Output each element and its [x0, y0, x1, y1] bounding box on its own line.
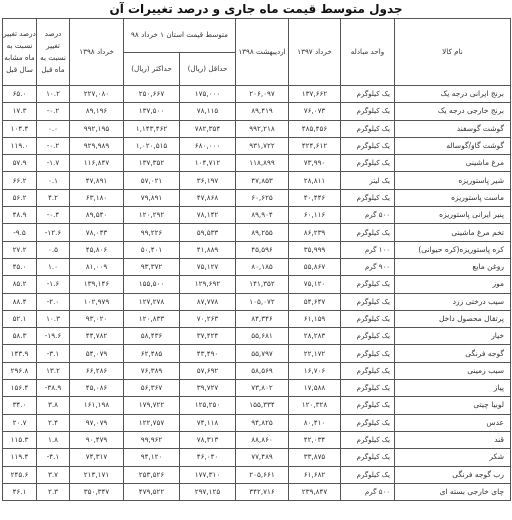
khordad-1397-cell: ۴۰,۴۴۶ — [289, 189, 341, 206]
ordibehesht-1398-cell: ۸۹,۴۱۹ — [236, 103, 289, 120]
khordad-1398-cell: ۳۵۰,۳۴۷ — [70, 483, 124, 500]
max-cell: ۱,۱۴۳,۴۶۲ — [124, 120, 180, 137]
max-cell: ۷۶,۳۸۹ — [124, 362, 180, 379]
khordad-1397-cell: ۱۲۰,۳۲۸ — [289, 397, 341, 414]
unit-cell: یک کیلوگرم — [341, 362, 395, 379]
khordad-1397-cell: ۱۷,۵۸۸ — [289, 380, 341, 397]
khordad-1398-cell: ۴۵,۸۰۶ — [70, 241, 124, 258]
max-cell: ۹۴,۱۲۰ — [124, 449, 180, 466]
unit-cell: یک کیلوگرم — [341, 224, 395, 241]
table-row: پیازیک کیلوگرم۱۷,۵۸۸۷۳,۸۰۲۳۹,۷۲۷۵۶,۳۶۷۴۵… — [3, 380, 511, 397]
table-row: کره پاستوریزه(کره حیوانی)۱۰۰ گرم۳۵,۹۹۹۴۵… — [3, 241, 511, 258]
max-cell: ۹۳,۳۷۲ — [124, 258, 180, 275]
table-row: گوشت گاو/گوسالهیک کیلوگرم۴۲۴,۶۱۲۹۳۱,۷۲۲۶… — [3, 137, 511, 154]
min-cell: ۷۸,۱۱۵ — [180, 103, 236, 120]
unit-cell: ۱۰۰ گرم — [341, 241, 395, 258]
table-row: پرتقال محصول داخلیک کیلوگرم۶۱,۱۵۹۸۴,۳۴۶۷… — [3, 310, 511, 327]
pct-prev-month-cell: -۰.۲ — [37, 103, 70, 120]
pct-prev-month-cell: -۰.۴ — [37, 207, 70, 224]
khordad-1397-cell: ۷۶,۰۷۳ — [289, 103, 341, 120]
header-pct-prev-year: درصد تغییر نسبت به ماه مشابه سال قبل — [3, 19, 37, 86]
pct-prev-year-cell: ۱۱۹.۰ — [3, 137, 37, 154]
pct-prev-month-cell: -۱۹.۶ — [37, 328, 70, 345]
pct-prev-year-cell: ۶۵.۰ — [3, 86, 37, 103]
pct-prev-month-cell: ۱۰.۳ — [37, 310, 70, 327]
table-row: مرغ ماشینییک کیلوگرم۷۳,۹۹۰۱۱۸,۸۹۹۱۰۴,۷۱۲… — [3, 155, 511, 172]
name-cell: رب گوجه فرنگی — [395, 466, 511, 483]
max-cell: ۲۵۳,۵۲۶ — [124, 466, 180, 483]
khordad-1397-cell: ۶۱,۶۸۲ — [289, 466, 341, 483]
unit-cell: ۵۰۰ گرم — [341, 483, 395, 500]
max-cell: ۵۷,۰۲۱ — [124, 172, 180, 189]
max-cell: ۵۸,۴۳۶ — [124, 328, 180, 345]
name-cell: سیب زمینی — [395, 362, 511, 379]
khordad-1397-cell: ۷۵,۱۲۰ — [289, 276, 341, 293]
pct-prev-year-cell: ۲۹۶.۸ — [3, 362, 37, 379]
name-cell: پیاز — [395, 380, 511, 397]
pct-prev-month-cell: -۲.۰ — [37, 293, 70, 310]
khordad-1397-cell: ۲۸,۸۱۱ — [289, 172, 341, 189]
header-min: حداقل (ریال) — [180, 52, 236, 86]
max-cell: ۹۹,۲۲۶ — [124, 224, 180, 241]
khordad-1398-cell: ۸۹,۱۹۶ — [70, 103, 124, 120]
table-row: سیب درختی زردیک کیلوگرم۵۴,۶۴۷۱۰۵,۰۷۲۸۷,۷… — [3, 293, 511, 310]
table-row: چای خارجی بسته ای۵۰۰ گرم۲۳۹,۸۴۷۳۴۲,۷۱۶۲۹… — [3, 483, 511, 500]
ordibehesht-1398-cell: ۸۴,۳۴۶ — [236, 310, 289, 327]
table-row: گوجه فرنگییک کیلوگرم۲۲,۱۷۲۵۵,۷۹۷۴۳,۴۹۰۶۲… — [3, 345, 511, 362]
khordad-1397-cell: ۱۳۷,۶۶۲ — [289, 86, 341, 103]
ordibehesht-1398-cell: ۷۳,۸۰۲ — [236, 380, 289, 397]
khordad-1398-cell: ۹۳,۰۲۰ — [70, 310, 124, 327]
min-cell: ۷۴,۱۱۸ — [180, 414, 236, 431]
table-row: خیاریک کیلوگرم۲۸,۲۸۳۵۵,۶۸۱۳۷,۴۲۴۵۸,۴۳۶۴۴… — [3, 328, 511, 345]
pct-prev-year-cell: ۱۱۵.۳ — [3, 431, 37, 448]
min-cell: ۱۰۴,۷۱۲ — [180, 155, 236, 172]
unit-cell: یک کیلوگرم — [341, 103, 395, 120]
pct-prev-month-cell: ۱.۸ — [37, 431, 70, 448]
name-cell: قند — [395, 431, 511, 448]
min-cell: ۲۹۷,۱۲۵ — [180, 483, 236, 500]
name-cell: گوجه فرنگی — [395, 345, 511, 362]
unit-cell: یک کیلوگرم — [341, 86, 395, 103]
max-cell: ۱۲۰,۲۹۲ — [124, 207, 180, 224]
ordibehesht-1398-cell: ۳۴۲,۷۱۶ — [236, 483, 289, 500]
pct-prev-month-cell: ۰.۱ — [37, 172, 70, 189]
ordibehesht-1398-cell: ۱۰۵,۰۷۲ — [236, 293, 289, 310]
unit-cell: یک کیلوگرم — [341, 431, 395, 448]
min-cell: ۳۹,۷۲۷ — [180, 380, 236, 397]
khordad-1398-cell: ۹۷,۰۷۹ — [70, 414, 124, 431]
pct-prev-month-cell: -۴.۱ — [37, 449, 70, 466]
min-cell: ۸۷,۷۷۸ — [180, 293, 236, 310]
name-cell: خیار — [395, 328, 511, 345]
ordibehesht-1398-cell: ۹۳۱,۷۲۲ — [236, 137, 289, 154]
min-cell: ۱۷۷,۳۱۰ — [180, 466, 236, 483]
pct-prev-year-cell: ۲۷.۲ — [3, 241, 37, 258]
table-row: برنج خارجی درجه یکیک کیلوگرم۷۶,۰۷۳۸۹,۴۱۹… — [3, 103, 511, 120]
min-cell: ۴۳,۴۹۰ — [180, 345, 236, 362]
max-cell: ۱۵۵,۵۰۰ — [124, 276, 180, 293]
name-cell: تخم مرغ ماشینی — [395, 224, 511, 241]
pct-prev-year-cell: ۱۰۴.۴ — [3, 120, 37, 137]
unit-cell: ۵۰۰ گرم — [341, 207, 395, 224]
min-cell: ۷۸,۱۴۲ — [180, 207, 236, 224]
khordad-1398-cell: ۱۳۹,۱۴۶ — [70, 276, 124, 293]
header-khordad-1398: خرداد ۱۳۹۸ — [70, 19, 124, 86]
min-cell: ۵۷,۶۹۲ — [180, 362, 236, 379]
table-row: پنیر ایرانی پاستوریزه۵۰۰ گرم۶۰,۱۱۶۸۹,۹۰۴… — [3, 207, 511, 224]
header-max: حداکثر (ریال) — [124, 52, 180, 86]
unit-cell: یک کیلوگرم — [341, 189, 395, 206]
khordad-1398-cell: ۹۰,۴۷۹ — [70, 431, 124, 448]
pct-prev-month-cell: ۲.۴ — [37, 414, 70, 431]
max-cell: ۱۷۹,۷۲۲ — [124, 397, 180, 414]
pct-prev-year-cell: -۹.۵ — [3, 224, 37, 241]
table-row: عدسیک کیلوگرم۸۰,۴۱۰۹۴,۸۲۵۷۴,۱۱۸۱۲۲,۷۵۷۹۷… — [3, 414, 511, 431]
min-cell: ۷۰,۲۶۳ — [180, 310, 236, 327]
khordad-1397-cell: ۸۰,۴۱۰ — [289, 414, 341, 431]
pct-prev-year-cell: ۱۵۶.۴ — [3, 380, 37, 397]
name-cell: پنیر ایرانی پاستوریزه — [395, 207, 511, 224]
max-cell: ۱۲۰,۸۳۳ — [124, 310, 180, 327]
max-cell: ۱۳۷,۵۰۰ — [124, 103, 180, 120]
unit-cell: یک کیلوگرم — [341, 380, 395, 397]
pct-prev-year-cell: ۳۴.۰ — [3, 397, 37, 414]
khordad-1397-cell: ۳۵,۹۹۹ — [289, 241, 341, 258]
pct-prev-month-cell: -۰.۲ — [37, 137, 70, 154]
ordibehesht-1398-cell: ۷۷,۴۸۹ — [236, 449, 289, 466]
max-cell: ۵۶,۳۶۷ — [124, 380, 180, 397]
unit-cell: یک کیلوگرم — [341, 397, 395, 414]
khordad-1398-cell: ۷۸,۰۴۳ — [70, 224, 124, 241]
pct-prev-month-cell: -۱۲.۶ — [37, 224, 70, 241]
name-cell: لوبیا چیتی — [395, 397, 511, 414]
khordad-1397-cell: ۲۸,۲۸۳ — [289, 328, 341, 345]
khordad-1398-cell: ۶۶,۲۸۶ — [70, 362, 124, 379]
khordad-1398-cell: ۹۹۲,۱۹۵ — [70, 120, 124, 137]
min-cell: ۴۱,۸۸۹ — [180, 241, 236, 258]
pct-prev-month-cell: -۱.۶ — [37, 276, 70, 293]
pct-prev-year-cell: ۲۰.۷ — [3, 414, 37, 431]
khordad-1398-cell: ۵۴,۰۷۹ — [70, 345, 124, 362]
min-cell: ۷۵,۱۲۷ — [180, 258, 236, 275]
pct-prev-year-cell: ۴۶.۱ — [3, 483, 37, 500]
max-cell: ۱۲۷,۲۷۸ — [124, 293, 180, 310]
header-khordad-1397: خرداد ۱۳۹۷ — [289, 19, 341, 86]
max-cell: ۱۲۲,۷۵۷ — [124, 414, 180, 431]
khordad-1397-cell: ۷۳,۹۹۰ — [289, 155, 341, 172]
unit-cell: یک لیتر — [341, 172, 395, 189]
name-cell: شیر پاستوریزه — [395, 172, 511, 189]
name-cell: روغن مایع — [395, 258, 511, 275]
name-cell: سیب درختی زرد — [395, 293, 511, 310]
pct-prev-month-cell: ۴.۲ — [37, 189, 70, 206]
khordad-1397-cell: ۲۲,۱۷۲ — [289, 345, 341, 362]
khordad-1398-cell: ۴۴,۷۸۲ — [70, 328, 124, 345]
min-cell: ۴۷,۸۶۸ — [180, 189, 236, 206]
pct-prev-year-cell: ۵۷.۹ — [3, 155, 37, 172]
ordibehesht-1398-cell: ۴۷,۸۵۳ — [236, 172, 289, 189]
khordad-1397-cell: ۳۳,۸۷۵ — [289, 449, 341, 466]
table-row: تخم مرغ ماشینییک کیلوگرم۸۶,۲۳۹۸۹,۲۵۵۵۹,۵… — [3, 224, 511, 241]
table-row: لوبیا چیتییک کیلوگرم۱۲۰,۳۲۸۱۵۵,۳۳۴۱۲۵,۲۵… — [3, 397, 511, 414]
table-row: موزیک کیلوگرم۷۵,۱۲۰۱۴۱,۳۵۲۱۲۹,۶۹۲۱۵۵,۵۰۰… — [3, 276, 511, 293]
name-cell: کره پاستوریزه(کره حیوانی) — [395, 241, 511, 258]
min-cell: ۵۹,۵۳۳ — [180, 224, 236, 241]
page-title: جدول متوسط قیمت ماه جاری و درصد تغییرات … — [0, 0, 512, 18]
ordibehesht-1398-cell: ۸۰,۱۸۵ — [236, 258, 289, 275]
table-row: ماست پاستوریزهیک کیلوگرم۴۰,۴۴۶۶۰,۶۲۵۴۷,۸… — [3, 189, 511, 206]
pct-prev-month-cell: ۳.۷ — [37, 466, 70, 483]
pct-prev-year-cell: ۶۶.۲ — [3, 172, 37, 189]
table-row: رب گوجه فرنگییک کیلوگرم۶۱,۶۸۲۲۰۵,۶۶۱۱۷۷,… — [3, 466, 511, 483]
max-cell: ۱,۰۲۰,۵۱۵ — [124, 137, 180, 154]
min-cell: ۱۲۹,۶۹۲ — [180, 276, 236, 293]
unit-cell: یک کیلوگرم — [341, 120, 395, 137]
unit-cell: یک کیلوگرم — [341, 466, 395, 483]
khordad-1397-cell: ۶۱,۱۵۹ — [289, 310, 341, 327]
pct-prev-year-cell: ۵۲.۱ — [3, 310, 37, 327]
max-cell: ۷۹,۸۹۱ — [124, 189, 180, 206]
khordad-1398-cell: ۸۹,۵۴۰ — [70, 207, 124, 224]
unit-cell: یک کیلوگرم — [341, 155, 395, 172]
name-cell: پرتقال محصول داخل — [395, 310, 511, 327]
max-cell: ۵۰,۴۰۱ — [124, 241, 180, 258]
pct-prev-year-cell: ۸۸.۴ — [3, 293, 37, 310]
pct-prev-year-cell: ۱۱۹.۴ — [3, 449, 37, 466]
ordibehesht-1398-cell: ۱۵۵,۳۳۴ — [236, 397, 289, 414]
khordad-1398-cell: ۲۲۷,۰۸۰ — [70, 86, 124, 103]
pct-prev-month-cell: ۱.۰ — [37, 258, 70, 275]
max-cell: ۶۲,۴۸۵ — [124, 345, 180, 362]
header-province-avg: متوسط قیمت استان ۱ خرداد ۹۸ — [124, 19, 236, 53]
ordibehesht-1398-cell: ۹۹۲,۲۱۸ — [236, 120, 289, 137]
pct-prev-month-cell: ۳.۸ — [37, 397, 70, 414]
min-cell: ۴۶,۰۴۰ — [180, 449, 236, 466]
pct-prev-year-cell: ۱۴۳.۹ — [3, 345, 37, 362]
khordad-1397-cell: ۴۲,۰۳۴ — [289, 431, 341, 448]
khordad-1398-cell: ۴۵,۰۸۶ — [70, 380, 124, 397]
ordibehesht-1398-cell: ۴۵,۵۹۶ — [236, 241, 289, 258]
pct-prev-month-cell: ۰.۵ — [37, 241, 70, 258]
unit-cell: یک کیلوگرم — [341, 310, 395, 327]
max-cell: ۴۷۹,۵۲۲ — [124, 483, 180, 500]
ordibehesht-1398-cell: ۸۹,۲۵۵ — [236, 224, 289, 241]
price-table: نام کالا واحد مبادله خرداد ۱۳۹۷ اردیبهشت… — [2, 18, 511, 501]
khordad-1397-cell: ۶۰,۱۱۶ — [289, 207, 341, 224]
ordibehesht-1398-cell: ۵۵,۶۸۱ — [236, 328, 289, 345]
table-row: سیب زمینییک کیلوگرم۱۶,۷۰۶۵۸,۵۶۹۵۷,۶۹۲۷۶,… — [3, 362, 511, 379]
khordad-1397-cell: ۴۲۴,۶۱۲ — [289, 137, 341, 154]
max-cell: ۱۳۷,۳۵۲ — [124, 155, 180, 172]
khordad-1397-cell: ۵۴,۶۴۷ — [289, 293, 341, 310]
unit-cell: یک کیلوگرم — [341, 414, 395, 431]
max-cell: ۲۵۰,۶۶۷ — [124, 86, 180, 103]
name-cell: عدس — [395, 414, 511, 431]
khordad-1397-cell: ۴۸۵,۴۵۶ — [289, 120, 341, 137]
pct-prev-month-cell: -۳۸.۹ — [37, 380, 70, 397]
name-cell: چای خارجی بسته ای — [395, 483, 511, 500]
ordibehesht-1398-cell: ۸۸,۸۶۰ — [236, 431, 289, 448]
ordibehesht-1398-cell: ۲۰۵,۶۶۱ — [236, 466, 289, 483]
pct-prev-year-cell: ۴۵.۰ — [3, 258, 37, 275]
pct-prev-year-cell: ۴۸.۹ — [3, 207, 37, 224]
name-cell: ماست پاستوریزه — [395, 189, 511, 206]
table-row: گوشت گوسفندیک کیلوگرم۴۸۵,۴۵۶۹۹۲,۲۱۸۷۸۲,۳… — [3, 120, 511, 137]
khordad-1397-cell: ۲۳۹,۸۴۷ — [289, 483, 341, 500]
pct-prev-month-cell: ۱۰.۲ — [37, 86, 70, 103]
pct-prev-year-cell: ۵۸.۳ — [3, 328, 37, 345]
header-ordibehesht-1398: اردیبهشت ۱۳۹۸ — [236, 19, 289, 86]
unit-cell: یک کیلوگرم — [341, 328, 395, 345]
unit-cell: یک کیلوگرم — [341, 449, 395, 466]
khordad-1398-cell: ۴۷,۸۹۱ — [70, 172, 124, 189]
name-cell: گوشت گاو/گوساله — [395, 137, 511, 154]
header-name: نام کالا — [395, 19, 511, 86]
pct-prev-month-cell: -۱.۷ — [37, 155, 70, 172]
ordibehesht-1398-cell: ۹۴,۸۲۵ — [236, 414, 289, 431]
pct-prev-year-cell: ۱۷.۳ — [3, 103, 37, 120]
pct-prev-month-cell: ۲.۳ — [37, 483, 70, 500]
unit-cell: یک کیلوگرم — [341, 276, 395, 293]
table-row: برنج ایرانی درجه یکیک کیلوگرم۱۳۷,۶۶۲۲۰۶,… — [3, 86, 511, 103]
khordad-1398-cell: ۸۱,۰۰۹ — [70, 258, 124, 275]
pct-prev-year-cell: ۸۵.۲ — [3, 276, 37, 293]
unit-cell: ۹۰۰ گرم — [341, 258, 395, 275]
header-pct-prev-month: درصد تغییر نسبت به ماه قبل — [37, 19, 70, 86]
unit-cell: یک کیلوگرم — [341, 137, 395, 154]
khordad-1398-cell: ۷۴,۳۱۷ — [70, 449, 124, 466]
khordad-1398-cell: ۶۳,۱۸۰ — [70, 189, 124, 206]
khordad-1397-cell: ۵۵,۸۶۷ — [289, 258, 341, 275]
pct-prev-month-cell: -۳.۱ — [37, 345, 70, 362]
min-cell: ۷۸,۳۱۳ — [180, 431, 236, 448]
name-cell: برنج خارجی درجه یک — [395, 103, 511, 120]
khordad-1398-cell: ۹۲۹,۹۸۹ — [70, 137, 124, 154]
unit-cell: یک کیلوگرم — [341, 293, 395, 310]
khordad-1397-cell: ۱۶,۷۰۶ — [289, 362, 341, 379]
min-cell: ۱۲۵,۲۵۰ — [180, 397, 236, 414]
ordibehesht-1398-cell: ۵۵,۷۹۷ — [236, 345, 289, 362]
min-cell: ۷۸۲,۳۵۴ — [180, 120, 236, 137]
table-row: قندیک کیلوگرم۴۲,۰۳۴۸۸,۸۶۰۷۸,۳۱۳۹۹,۹۶۲۹۰,… — [3, 431, 511, 448]
table-row: شیر پاستوریزهیک لیتر۲۸,۸۱۱۴۷,۸۵۳۳۶,۱۹۷۵۷… — [3, 172, 511, 189]
pct-prev-year-cell: ۵۶.۲ — [3, 189, 37, 206]
ordibehesht-1398-cell: ۵۸,۵۶۹ — [236, 362, 289, 379]
ordibehesht-1398-cell: ۱۱۸,۸۹۹ — [236, 155, 289, 172]
pct-prev-month-cell: ۰.۰ — [37, 120, 70, 137]
name-cell: مرغ ماشینی — [395, 155, 511, 172]
ordibehesht-1398-cell: ۱۴۱,۳۵۲ — [236, 276, 289, 293]
ordibehesht-1398-cell: ۲۰۶,۰۹۷ — [236, 86, 289, 103]
pct-prev-month-cell: ۱۳.۲ — [37, 362, 70, 379]
min-cell: ۶۸۰,۰۰۰ — [180, 137, 236, 154]
header-unit: واحد مبادله — [341, 19, 395, 86]
table-row: روغن مایع۹۰۰ گرم۵۵,۸۶۷۸۰,۱۸۵۷۵,۱۲۷۹۳,۳۷۲… — [3, 258, 511, 275]
khordad-1398-cell: ۱۰۲,۹۷۹ — [70, 293, 124, 310]
table-row: شکریک کیلوگرم۳۳,۸۷۵۷۷,۴۸۹۴۶,۰۴۰۹۴,۱۲۰۷۴,… — [3, 449, 511, 466]
khordad-1398-cell: ۱۶۱,۱۹۸ — [70, 397, 124, 414]
khordad-1398-cell: ۱۱۶,۸۴۷ — [70, 155, 124, 172]
ordibehesht-1398-cell: ۶۰,۶۲۵ — [236, 189, 289, 206]
unit-cell: یک کیلوگرم — [341, 345, 395, 362]
name-cell: شکر — [395, 449, 511, 466]
name-cell: موز — [395, 276, 511, 293]
min-cell: ۱۷۵,۰۰۰ — [180, 86, 236, 103]
name-cell: برنج ایرانی درجه یک — [395, 86, 511, 103]
min-cell: ۳۷,۴۲۴ — [180, 328, 236, 345]
khordad-1398-cell: ۲۱۳,۱۷۱ — [70, 466, 124, 483]
max-cell: ۹۹,۹۶۲ — [124, 431, 180, 448]
khordad-1397-cell: ۸۶,۲۳۹ — [289, 224, 341, 241]
ordibehesht-1398-cell: ۸۹,۹۰۴ — [236, 207, 289, 224]
name-cell: گوشت گوسفند — [395, 120, 511, 137]
pct-prev-year-cell: ۲۴۵.۶ — [3, 466, 37, 483]
min-cell: ۳۶,۱۹۷ — [180, 172, 236, 189]
